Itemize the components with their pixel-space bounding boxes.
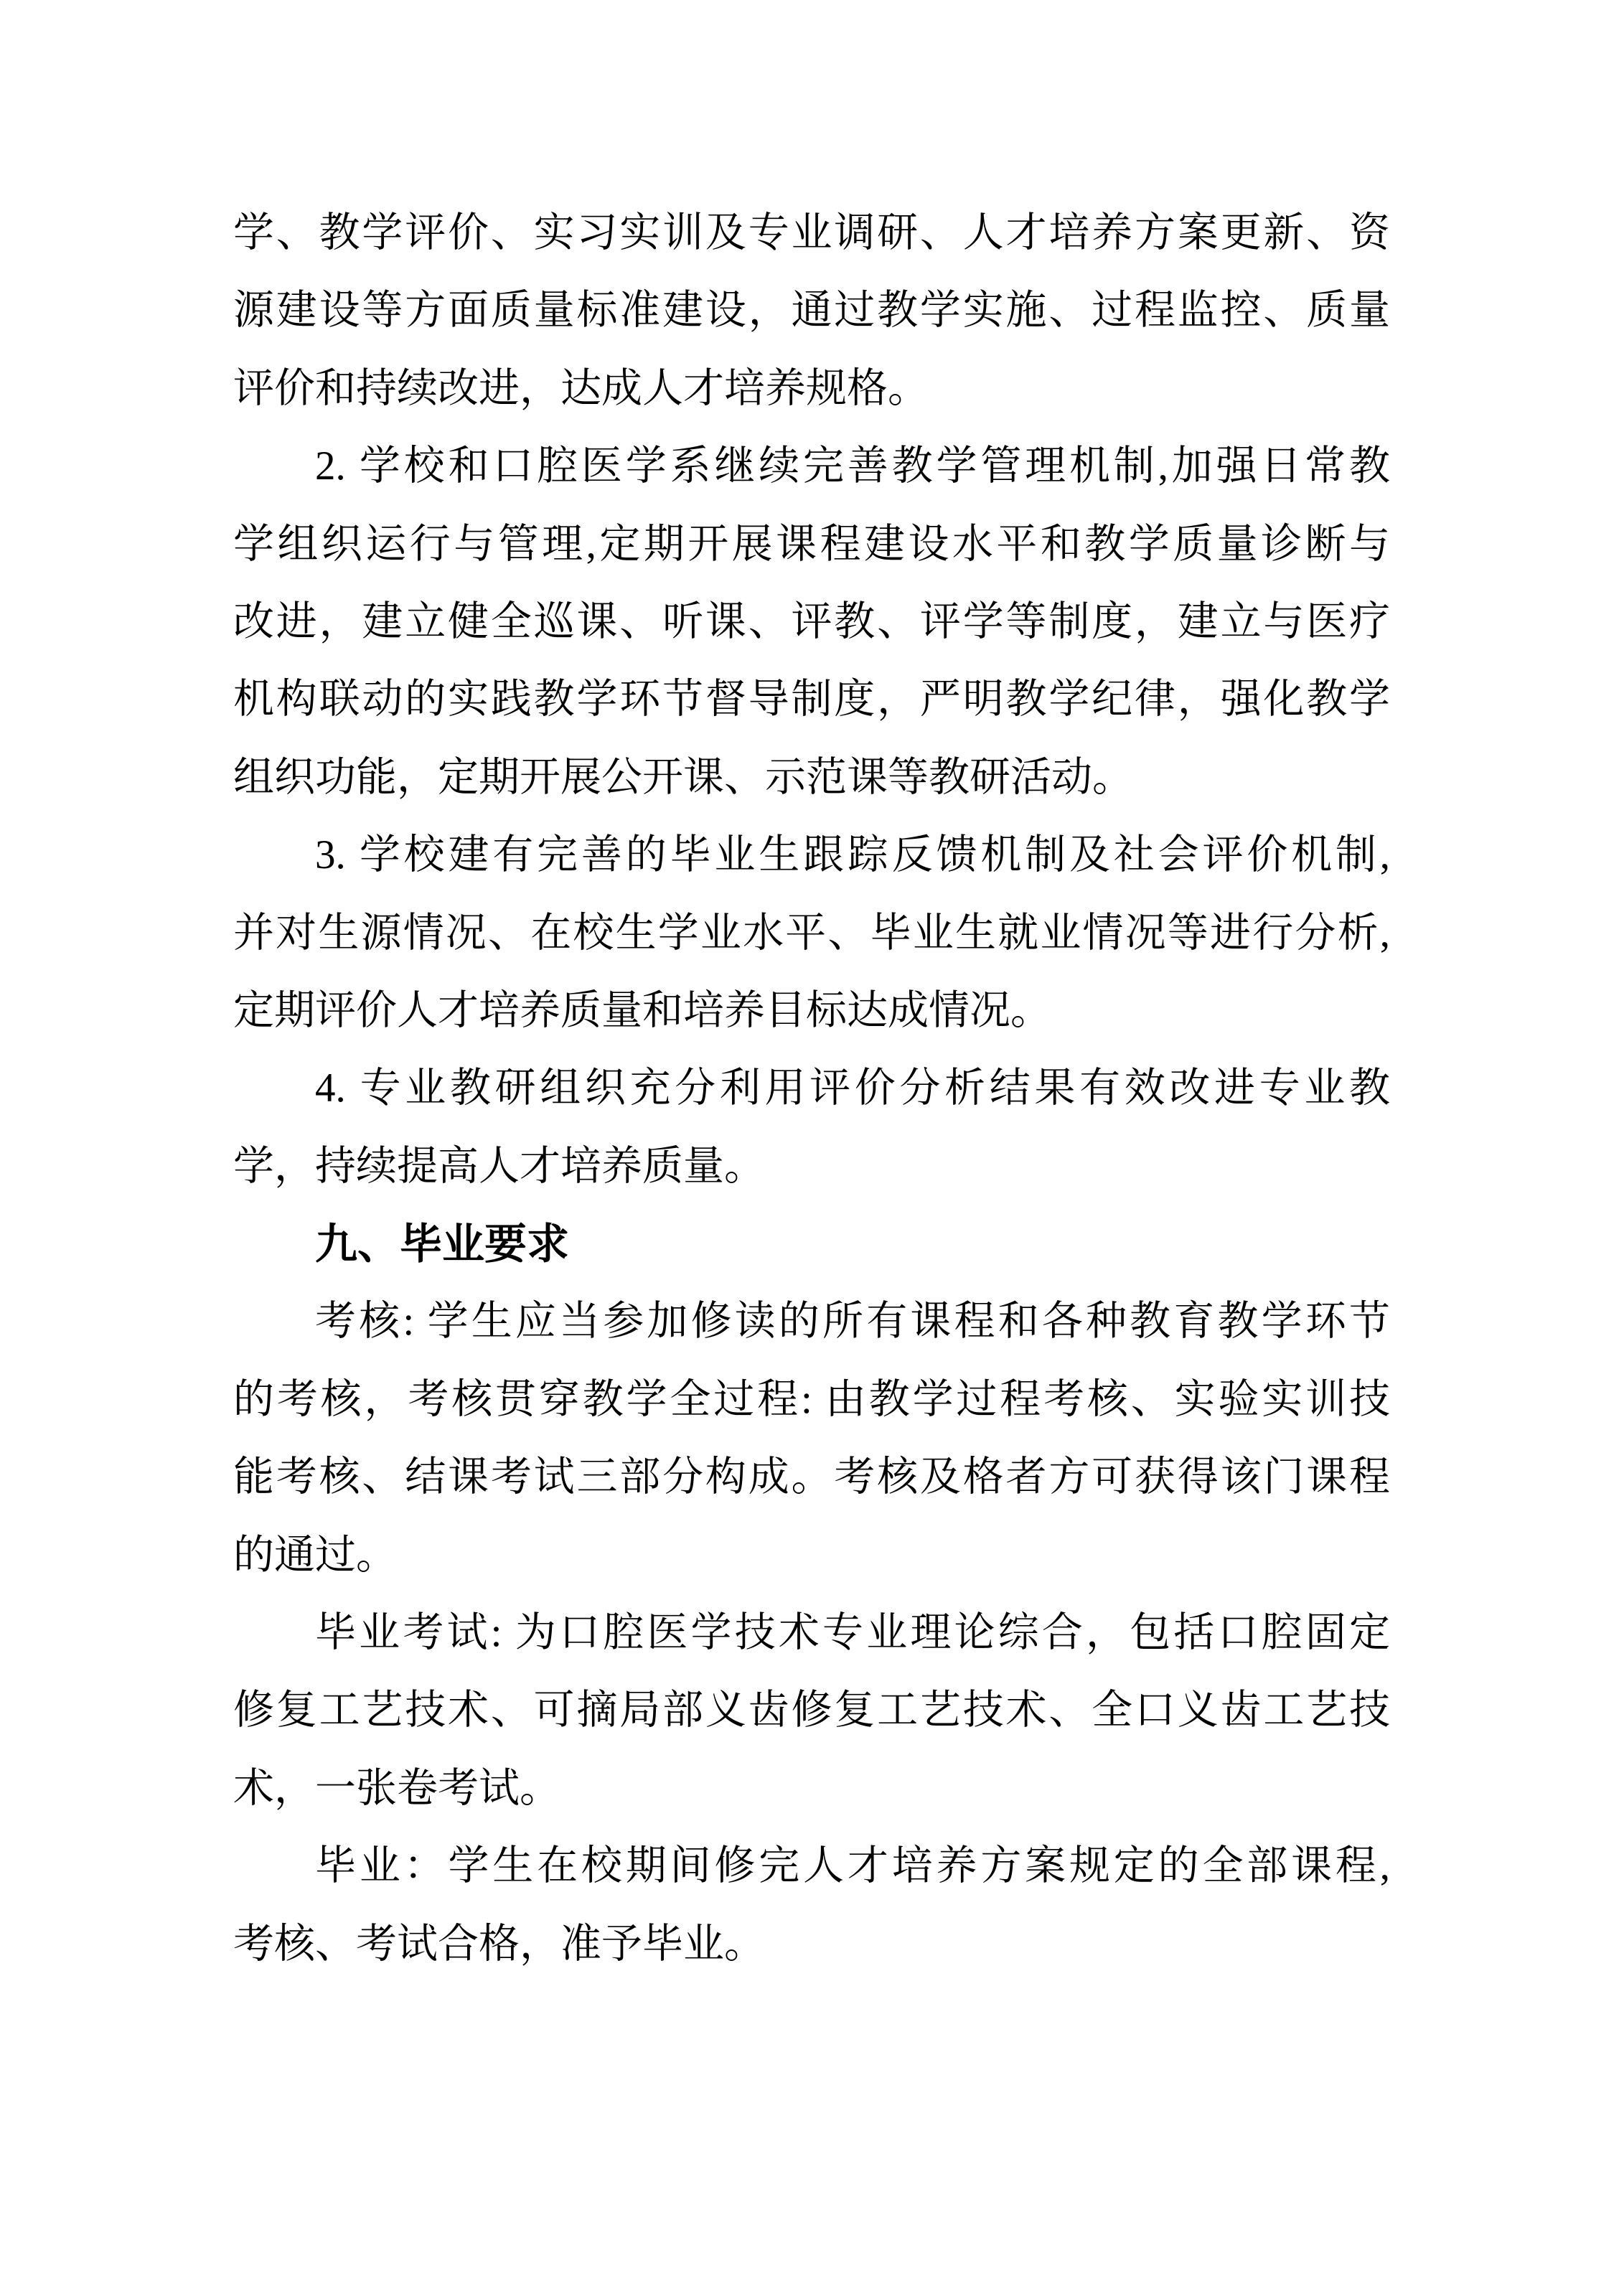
text-line: 考核: 学生应当参加修读的所有课程和各种教育教学环节 — [233, 1283, 1390, 1360]
text-line: 毕业考试: 为口腔医学技术专业理论综合，包括口腔固定 — [233, 1594, 1390, 1672]
text-line: 考核、考试合格，准予毕业。 — [233, 1906, 1390, 1983]
text-line: 定期评价人才培养质量和培养目标达成情况。 — [233, 972, 1390, 1050]
text-line: 术，一张卷考试。 — [233, 1750, 1390, 1827]
text-line: 改进，建立健全巡课、听课、评教、评学等制度，建立与医疗 — [233, 583, 1390, 661]
text-line: 并对生源情况、在校生学业水平、毕业生就业情况等进行分析, — [233, 895, 1390, 972]
text-line: 2. 学校和口腔医学系继续完善教学管理机制,加强日常教 — [233, 428, 1390, 505]
text-line: 修复工艺技术、可摘局部义齿修复工艺技术、全口义齿工艺技 — [233, 1672, 1390, 1749]
text-line: 学组织运行与管理,定期开展课程建设水平和教学质量诊断与 — [233, 506, 1390, 583]
text-line: 3. 学校建有完善的毕业生跟踪反馈机制及社会评价机制, — [233, 817, 1390, 894]
text-line: 毕业：学生在校期间修完人才培养方案规定的全部课程, — [233, 1827, 1390, 1905]
text-line: 评价和持续改进，达成人才培养规格。 — [233, 350, 1390, 428]
text-line: 的考核，考核贯穿教学全过程: 由教学过程考核、实验实训技 — [233, 1361, 1390, 1439]
document-page: 学、教学评价、实习实训及专业调研、人才培养方案更新、资 源建设等方面质量标准建设… — [0, 0, 1624, 2296]
text-line: 学，持续提高人才培养质量。 — [233, 1128, 1390, 1205]
text-line: 组织功能，定期开展公开课、示范课等教研活动。 — [233, 739, 1390, 817]
text-line: 源建设等方面质量标准建设，通过教学实施、过程监控、质量 — [233, 272, 1390, 349]
text-line: 机构联动的实践教学环节督导制度，严明教学纪律，强化教学 — [233, 661, 1390, 738]
text-line: 的通过。 — [233, 1517, 1390, 1594]
text-line: 学、教学评价、实习实训及专业调研、人才培养方案更新、资 — [233, 194, 1390, 272]
text-line: 能考核、结课考试三部分构成。考核及格者方可获得该门课程 — [233, 1439, 1390, 1516]
text-line: 4. 专业教研组织充分利用评价分析结果有效改进专业教 — [233, 1050, 1390, 1127]
section-heading: 九、毕业要求 — [233, 1205, 1390, 1283]
document-text-block: 学、教学评价、实习实训及专业调研、人才培养方案更新、资 源建设等方面质量标准建设… — [233, 194, 1390, 1983]
